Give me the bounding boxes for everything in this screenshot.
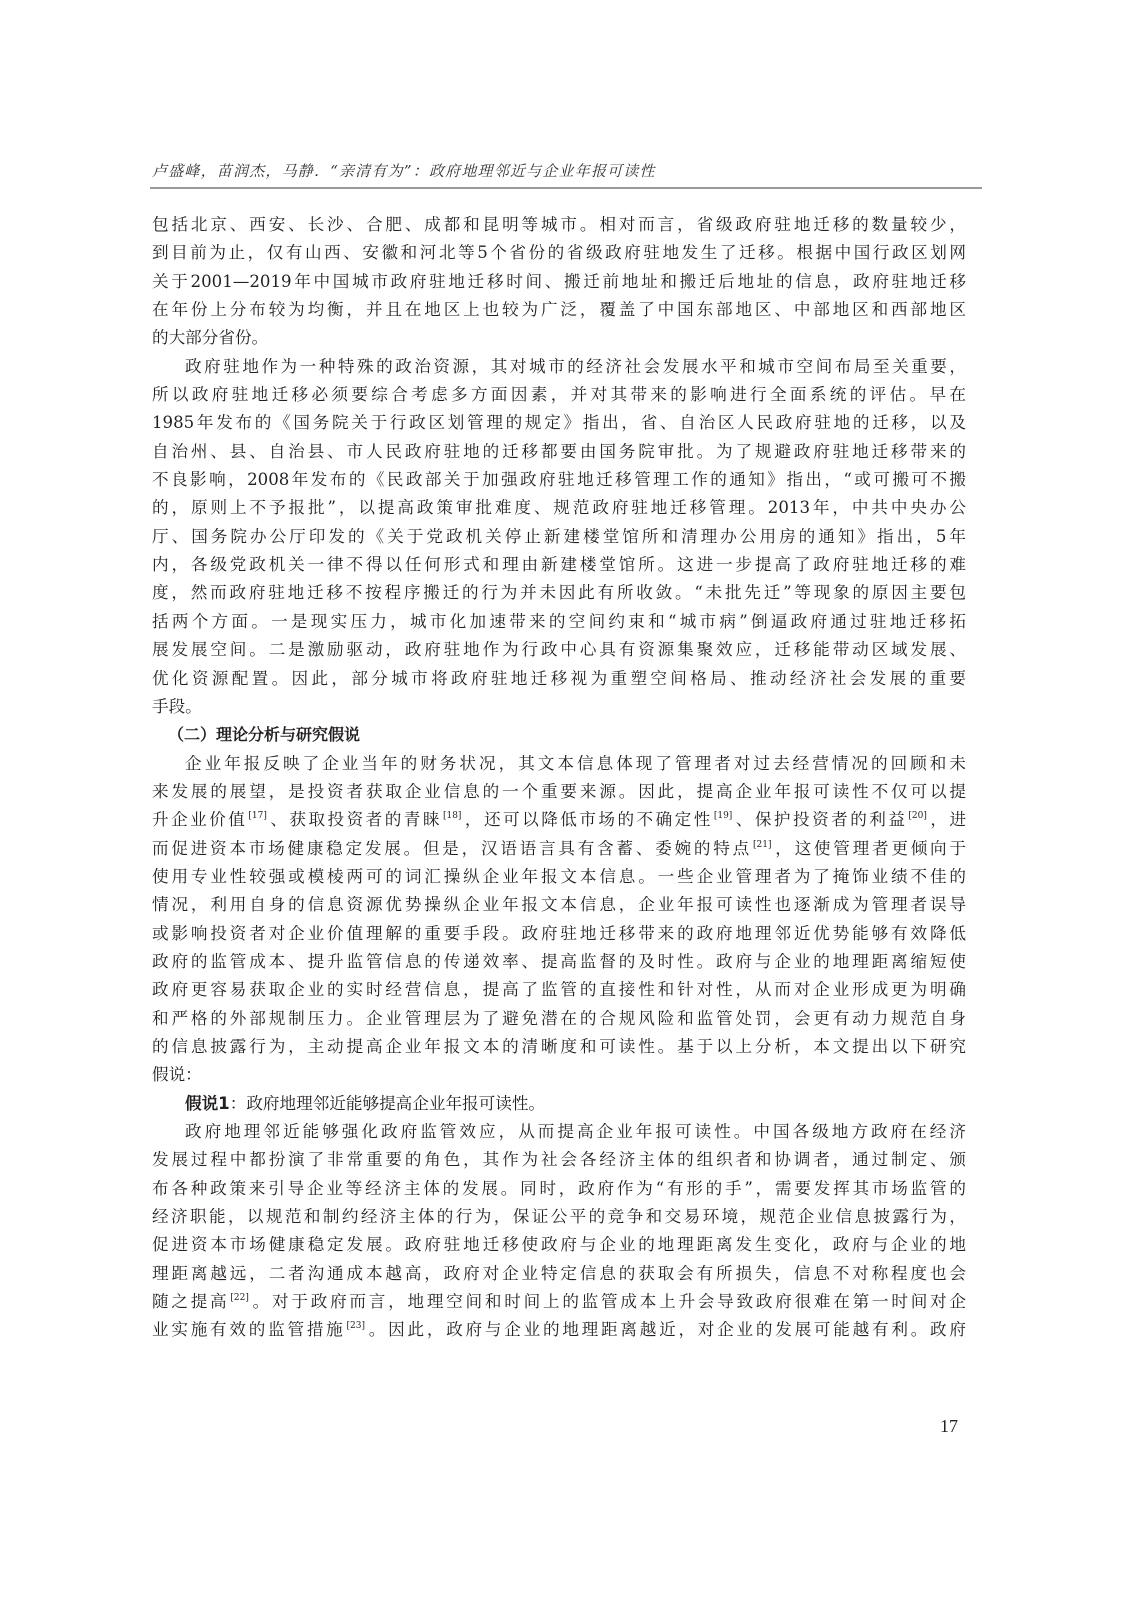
text-line: 使用专业性较强或模棱两可的词汇操纵企业年报文本信息。一些企业管理者为了掩饰业绩不…: [152, 863, 966, 891]
text-line: 情况，利用自身的信息资源优势操纵企业年报文本信息，企业年报可读性也逐渐成为管理者…: [152, 891, 966, 919]
text-line: 在年份上分布较为均衡，并且在地区上也较为广泛，覆盖了中国东部地区、中部地区和西部…: [152, 296, 966, 324]
text-line: 和严格的外部规制压力。企业管理层为了避免潜在的合规风险和监管处罚，会更有动力规范…: [152, 1005, 966, 1033]
text-line: 政府地理邻近能够强化政府监管效应，从而提高企业年报可读性。中国各级地方政府在经济: [152, 1118, 966, 1146]
text-line: 企业年报反映了企业当年的财务状况，其文本信息体现了管理者对过去经营情况的回顾和未: [152, 750, 966, 778]
text-line: 自治州、县、自治县、市人民政府驻地的迁移都要由国务院审批。为了规避政府驻地迁移带…: [152, 438, 966, 466]
text-line: 理距离越远，二者沟通成本越高，政府对企业特定信息的获取会有所损失，信息不对称程度…: [152, 1260, 966, 1288]
section-heading: （二）理论分析与研究假说: [152, 721, 966, 749]
text-line: 度，然而政府驻地迁移不按程序搬迁的行为并未因此有所收敛。“未批先迁”等现象的原因…: [152, 579, 966, 607]
text-line: 的大部分省份。: [152, 324, 966, 352]
citation-ref[interactable]: [18]: [443, 811, 461, 821]
text-line: 厅、国务院办公厅印发的《关于党政机关停止新建楼堂馆所和清理办公用房的通知》指出，…: [152, 523, 966, 551]
text-line: 促进资本市场健康稳定发展。政府驻地迁移使政府与企业的地理距离发生变化，政府与企业…: [152, 1231, 966, 1259]
text-line: 政府更容易获取企业的实时经营信息，提高了监管的直接性和针对性，从而对企业形成更为…: [152, 976, 966, 1004]
running-header: 卢盛峰，苗润杰，马静．“亲清有为”：政府地理邻近与企业年报可读性: [152, 160, 982, 181]
body-text: 包括北京、西安、长沙、合肥、成都和昆明等城市。相对而言，省级政府驻地迁移的数量较…: [152, 211, 966, 1345]
header-rule: [150, 187, 982, 189]
text-line: 所以政府驻地迁移必须要综合考虑多方面因素，并对其带来的影响进行全面系统的评估。早…: [152, 381, 966, 409]
text-line: 不良影响，2008年发布的《民政部关于加强政府驻地迁移管理工作的通知》指出，“或…: [152, 466, 966, 494]
citation-ref[interactable]: [21]: [753, 840, 771, 850]
text-line: 内，各级党政机关一律不得以任何形式和理由新建楼堂馆所。这进一步提高了政府驻地迁移…: [152, 551, 966, 579]
text-line: 手段。: [152, 693, 966, 721]
text-line: 关于2001—2019年中国城市政府驻地迁移时间、搬迁前地址和搬迁后地址的信息，…: [152, 268, 966, 296]
citation-ref[interactable]: [17]: [248, 811, 266, 821]
text-line: 而促进资本市场健康稳定发展。但是，汉语语言具有含蓄、委婉的特点[21]，这使管理…: [152, 835, 966, 863]
text-line: 政府的监管成本、提升监管信息的传递效率、提高监督的及时性。政府与企业的地理距离缩…: [152, 948, 966, 976]
text-line: 假说：: [152, 1061, 966, 1089]
text-line: 或影响投资者对企业价值理解的重要手段。政府驻地迁移带来的政府地理邻近优势能够有效…: [152, 920, 966, 948]
text-line: 1985年发布的《国务院关于行政区划管理的规定》指出，省、自治区人民政府驻地的迁…: [152, 409, 966, 437]
text-line: 布各种政策来引导企业等经济主体的发展。同时，政府作为“有形的手”，需要发挥其市场…: [152, 1175, 966, 1203]
hypothesis-1: 假说1：政府地理邻近能够提高企业年报可读性。: [152, 1090, 966, 1118]
text-line: 发展过程中都扮演了非常重要的角色，其作为社会各经济主体的组织者和协调者，通过制定…: [152, 1146, 966, 1174]
text-line: 政府驻地作为一种特殊的政治资源，其对城市的经济社会发展水平和城市空间布局至关重要…: [152, 353, 966, 381]
text-line: 的信息披露行为，主动提高企业年报文本的清晰度和可读性。基于以上分析，本文提出以下…: [152, 1033, 966, 1061]
text-line: 到目前为止，仅有山西、安徽和河北等5个省份的省级政府驻地发生了迁移。根据中国行政…: [152, 239, 966, 267]
text-line: 的，原则上不予报批”，以提高政策审批难度、规范政府驻地迁移管理。2013年，中共…: [152, 494, 966, 522]
text-line: 展发展空间。二是激励驱动，政府驻地作为行政中心具有资源集聚效应，迁移能带动区域发…: [152, 636, 966, 664]
text-line: 升企业价值[17]、获取投资者的青睐[18]，还可以降低市场的不确定性[19]、…: [152, 806, 966, 834]
text-line: 业实施有效的监管措施[23]。因此，政府与企业的地理距离越近，对企业的发展可能越…: [152, 1316, 966, 1344]
citation-ref[interactable]: [23]: [347, 1321, 365, 1331]
text-line: 优化资源配置。因此，部分城市将政府驻地迁移视为重塑空间格局、推动经济社会发展的重…: [152, 665, 966, 693]
citation-ref[interactable]: [19]: [714, 811, 732, 821]
hypothesis-label: 假说1: [185, 1094, 230, 1113]
text-line: 括两个方面。一是现实压力，城市化加速带来的空间约束和“城市病”倒逼政府通过驻地迁…: [152, 608, 966, 636]
text-line: 随之提高[22]。对于政府而言，地理空间和时间上的监管成本上升会导致政府很难在第…: [152, 1288, 966, 1316]
citation-ref[interactable]: [22]: [230, 1293, 248, 1303]
text-line: 来发展的展望，是投资者获取企业信息的一个重要来源。因此，提高企业年报可读性不仅可…: [152, 778, 966, 806]
page-number: 17: [900, 1416, 958, 1437]
text-line: 包括北京、西安、长沙、合肥、成都和昆明等城市。相对而言，省级政府驻地迁移的数量较…: [152, 211, 966, 239]
citation-ref[interactable]: [20]: [908, 811, 926, 821]
text-line: 经济职能，以规范和制约经济主体的行为，保证公平的竞争和交易环境，规范企业信息披露…: [152, 1203, 966, 1231]
